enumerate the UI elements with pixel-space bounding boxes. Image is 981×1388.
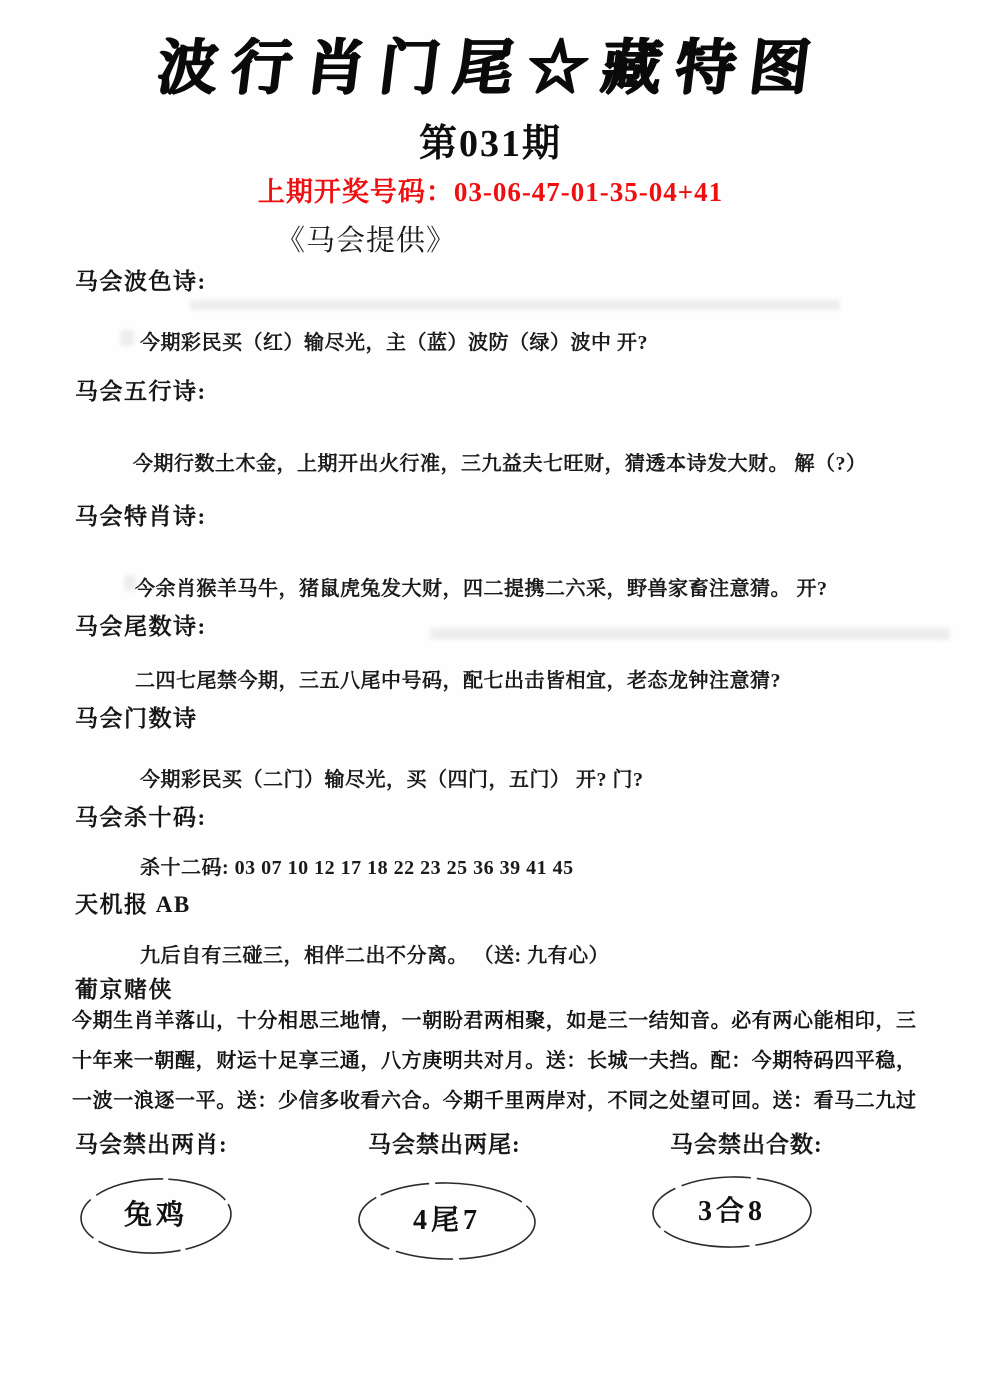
scan-smudge <box>120 330 134 346</box>
pujing-line-3: 一波一浪逐一平。送：少信多收看六合。今期千里两岸对，不同之处望可回。送：看马二九… <box>72 1084 917 1113</box>
scan-smudge <box>430 628 950 640</box>
section-heading-wuxing: 马会五行诗: <box>75 373 207 406</box>
forbidden-zodiac-value: 兔鸡 <box>78 1176 234 1250</box>
masthead-title: 波行肖门尾☆藏特图 <box>0 20 981 106</box>
section-heading-tianji: 天机报 AB <box>75 886 191 919</box>
forbidden-sum-heading: 马会禁出合数: <box>670 1126 823 1159</box>
forbidden-zodiac-heading: 马会禁出两肖: <box>75 1126 228 1159</box>
pujing-line-2: 十年来一朝醒，财运十足享三通，八方庚明共对月。送：长城一夫挡。配：今期特码四平稳… <box>72 1044 917 1073</box>
section-poem-texiao: 今余肖猴羊马牛，猪鼠虎兔发大财，四二提携二六采，野兽家畜注意猜。 开? <box>135 572 828 601</box>
pujing-heading: 葡京赌侠 <box>75 971 173 1004</box>
section-poem-weishu: 二四七尾禁今期，三五八尾中号码，配七出击皆相宜，老态龙钟注意猜? <box>135 664 781 693</box>
section-heading-shama: 马会杀十码: <box>75 799 207 832</box>
forbidden-sum-value: 3合8 <box>650 1174 814 1244</box>
forbidden-zodiac-oval: 兔鸡 <box>78 1176 234 1256</box>
scan-smudge <box>190 300 840 310</box>
forbidden-tail-oval: 4尾7 <box>356 1180 538 1262</box>
section-poem-tianji: 九后自有三碰三，相伴二出不分离。 （送: 九有心） <box>140 939 609 968</box>
section-heading-bose: 马会波色诗: <box>75 263 207 296</box>
section-heading-menshu: 马会门数诗 <box>75 700 198 733</box>
issue-number: 第031期 <box>0 112 981 167</box>
forbidden-sum-oval: 3合8 <box>650 1174 814 1250</box>
tip-sheet-page: 波行肖门尾☆藏特图 第031期 上期开奖号码：03-06-47-01-35-04… <box>0 0 981 1388</box>
section-heading-texiao: 马会特肖诗: <box>75 498 207 531</box>
section-poem-wuxing: 今期行数土木金，上期开出火行准，三九益夫七旺财，猜透本诗发大财。 解（?） <box>133 447 867 476</box>
last-draw-numbers: 上期开奖号码：03-06-47-01-35-04+41 <box>0 170 981 209</box>
section-heading-weishu: 马会尾数诗: <box>75 608 207 641</box>
provider-label: 《马会提供》 <box>276 218 456 259</box>
section-kill-numbers: 杀十二码: 03 07 10 12 17 18 22 23 25 36 39 4… <box>140 851 574 880</box>
section-poem-bose: 今期彩民买（红）输尽光，主（蓝）波防（绿）波中 开? <box>140 326 648 355</box>
forbidden-tail-heading: 马会禁出两尾: <box>368 1126 521 1159</box>
section-poem-menshu: 今期彩民买（二门）输尽光，买（四门，五门） 开? 门? <box>140 763 644 792</box>
pujing-line-1: 今期生肖羊落山，十分相思三地情，一朝盼君两相聚，如是三一结知音。必有两心能相印，… <box>72 1004 917 1033</box>
forbidden-tail-value: 4尾7 <box>356 1180 538 1256</box>
